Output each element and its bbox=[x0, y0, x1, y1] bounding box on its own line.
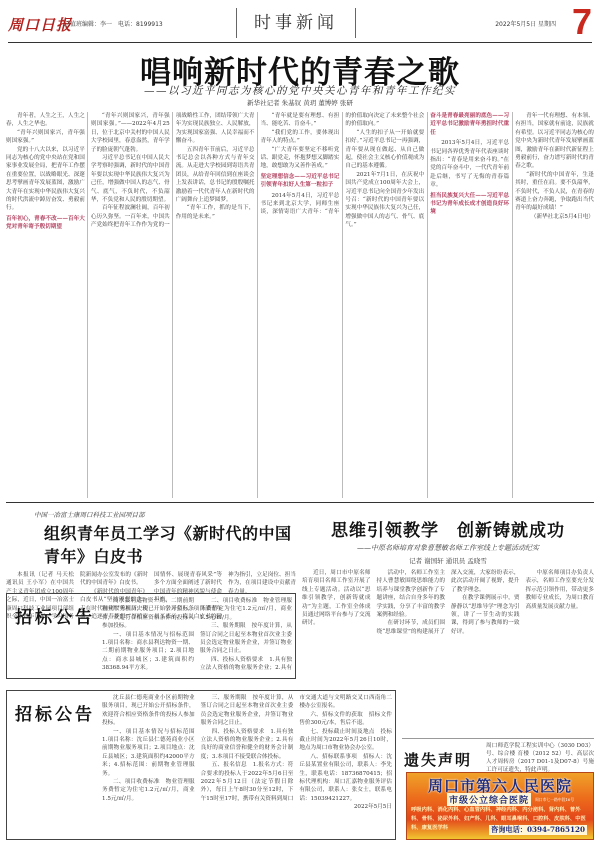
section-title: 时事新闻 bbox=[254, 13, 338, 33]
paragraph: 2021年7月1日，在庆祝中国共产党成立100周年大会上，习近平总书记向全国青少… bbox=[345, 171, 424, 230]
hospital-advertisement: 周口市第六人民医院 市级公立综合医院 周口市七一路中段16号 呼吸内科、消化内科… bbox=[406, 772, 594, 840]
paragraph: “青年就是要有理想、有担当、能吃苦、肯奋斗。” bbox=[261, 112, 340, 129]
section-subtitle: 坚定理想信念——习近平总书记引领青年扣好人生第一粒扣子 bbox=[261, 173, 340, 190]
tender-notice-body: 商水县利达物资一期、二期前期物业服务项目，现已开始公开招标条件，欢迎符合相应资格… bbox=[102, 597, 292, 675]
tender-notice-title: 招标公告 bbox=[10, 700, 100, 725]
paragraph: 三、服务期限 按年度计算，从签订合同之日起至本物业首次业主委员会选定物业服务企业… bbox=[200, 622, 292, 656]
paragraph: 一、项目基本情况与招标范围 1.项目名称：沈丘县仁德苑商业小区前期物业服务项目；… bbox=[102, 728, 195, 778]
section-subtitle: 奋斗是青春最亮丽的底色——习近平总书记激励青年勇担时代重任 bbox=[430, 112, 509, 137]
hospital-address: 周口市七一路中段16号 bbox=[535, 797, 574, 803]
paragraph: 青年者，人生之王，人生之春，人生之华也。 bbox=[6, 112, 85, 129]
paragraph: “广大青年要坚定不移听党话、跟党走，怀抱梦想又脚踏实地，敢想敢为又善作善成。” bbox=[261, 146, 340, 171]
paragraph: 商水县利达物资一期、二期前期物业服务项目，现已开始公开招标条件，欢迎符合相应资格… bbox=[102, 597, 194, 631]
paragraph: 2013年5月4日，习近平总书记同各界优秀青年代表座谈时指出：“青春是用来奋斗的… bbox=[430, 139, 509, 189]
lost-notice-text: 周口师范学院工程实训中心（3030 D03）号、综合楼 育楼（2012 52）号… bbox=[486, 742, 594, 774]
section-label-box: 时事新闻 bbox=[236, 8, 356, 38]
notice-date: 2022年5月5日 bbox=[299, 803, 392, 811]
education-article-subtitle: ——中原名师培育对象曹慧敏名师工作室线上专题活动纪实 bbox=[302, 543, 594, 553]
paragraph: “青年工作，抓的是当下，作用的是未来。” bbox=[176, 204, 255, 221]
paragraph: 二、项目收费标准 物业管理服务费暂定为住宅1.2元/㎡/月，商业1.5元/㎡/月… bbox=[102, 778, 195, 803]
main-article-body: 青年者，人生之王，人生之春，人生之华也。 “青年兴则国家兴，青年强则国家强。” … bbox=[6, 112, 594, 498]
tender-notice-1: 招标公告 商水县利达物资一期、二期前期物业服务项目，现已开始公开招标条件，欢迎符… bbox=[6, 593, 296, 679]
main-subheadline: ——以习近平同志为核心的党中央关心青年和青年工作纪实 bbox=[0, 83, 600, 98]
paragraph: 近日，周口市中原名师培育项目名师工作室开展了线上专题活动。活动以“思维引领教学，… bbox=[302, 569, 371, 628]
masthead: 周口日报 总值班编辑：李一 电话：8199913 时事新闻 2022年5月5日 … bbox=[0, 0, 600, 44]
page-number: 7 bbox=[572, 4, 592, 40]
paragraph: 在教学课例展示中，贾静静以“思维导学”理念为引领，讲了一节生动的实践课，得到了参… bbox=[451, 594, 520, 636]
paragraph: 活动中，名师工作室主持人曹慧敏围绕思维能力的培养与课堂教学创新作了专题讲座，结合… bbox=[377, 569, 446, 619]
education-article-title: 思维引领教学 创新铸就成功 bbox=[302, 516, 594, 541]
masthead-divider bbox=[8, 42, 592, 43]
paragraph: 五四青年节前后，习近平总书记总会以各种方式与青年交流。从走进大学校园到寄语共青团… bbox=[176, 146, 255, 205]
lost-notice-title: 遗失声明 bbox=[404, 749, 472, 770]
paragraph: 中原名师项目办负责人表示，名师工作室要充分发挥示范引领作用，带动更多教师专业成长… bbox=[526, 569, 595, 611]
phone-label: 咨询电话： bbox=[491, 825, 527, 834]
paragraph: 六、招标文件的获取 招标文件售价300元/本，售后不退。 bbox=[299, 711, 392, 728]
phone-number: 0394-7865120 bbox=[527, 825, 585, 834]
section-subtitle: 百年初心，青春不改——百年大党对青年寄予殷切期望 bbox=[6, 215, 85, 232]
section-divider bbox=[6, 502, 594, 503]
tender-notice-title: 招标公告 bbox=[10, 603, 100, 628]
paragraph: 习近平总书记在中国人民大学考察时强调，新时代的中国青年要以实现中华民族伟大复兴为… bbox=[91, 154, 170, 204]
source-note: （新华社北京5月4日电） bbox=[515, 213, 594, 221]
paragraph: “新时代的中国青年，生逢其时，重任在肩。要不负韶华，不负时代，不负人民，在青春的… bbox=[515, 171, 594, 213]
hospital-phone: 咨询电话：0394-7865120 bbox=[489, 825, 587, 835]
paragraph: 二、项目收费标准 物业管理服务费暂定为住宅1.2元/㎡/月，商业1.5元/㎡/月… bbox=[200, 597, 292, 622]
side-news-kicker: 中国一冶富士康周口科技工业园项目部 bbox=[34, 510, 296, 519]
paragraph: “青年兴则国家兴，青年强则国家强。” bbox=[6, 129, 85, 146]
paragraph: 一、项目基本情况与招标范围 1.项目名称：商水县利达物资一期、二期前期物业服务项… bbox=[102, 631, 194, 673]
side-news-title: 组织青年员工学习《新时代的中国青年》白皮书 bbox=[44, 521, 296, 567]
main-byline: 新华社记者 朱基钗 黄玥 董博婷 张研 bbox=[0, 98, 600, 107]
tender-notice-2: 招标公告 沈丘县仁德苑商业小区前期物业服务项目，现已开始公开招标条件，欢迎符合相… bbox=[6, 690, 396, 840]
paragraph: 七、投标截止时间及地点 投标截止时间为2022年5月26日10时，地点为周口市物… bbox=[299, 728, 392, 753]
education-article-byline: 记者 谢国轩 通讯员 孟晓雪 bbox=[302, 556, 594, 565]
paragraph: 三、服务期限 按年度计算，从签订合同之日起至本物业首次业主委员会选定物业服务企业… bbox=[201, 694, 294, 728]
editor-info: 总值班编辑：李一 电话：8199913 bbox=[64, 19, 163, 28]
paragraph: “我们党的工作，要体现出青年人的特点。” bbox=[261, 129, 340, 146]
hospital-subtitle: 市级公立综合医院 bbox=[447, 793, 531, 806]
paragraph: “青年兴则国家兴，青年强则国家强。”——2022年4月25日，位于北京中关村的中… bbox=[91, 112, 170, 154]
tender-notice-body: 沈丘县仁德苑商业小区前期物业服务项目，现已开始公开招标条件，欢迎符合相应资格条件… bbox=[102, 694, 392, 836]
paragraph: 青年一代有理想、有本领、有担当，国家就有前途，民族就有希望。以习近平同志为核心的… bbox=[515, 112, 594, 171]
paragraph: 沈丘县仁德苑商业小区前期物业服务项目，现已开始公开招标条件，欢迎符合相应资格条件… bbox=[102, 694, 195, 728]
newspaper-logo: 周口日报 bbox=[8, 14, 72, 35]
section-subtitle: 担当民族复兴大任——习近平总书记为青年成长成才创造良好环境 bbox=[430, 192, 509, 217]
paragraph: 四、投标人资格要求 1.具有独立法人资格的物业服务企业；2.具有良好的商业信誉和… bbox=[201, 728, 294, 762]
paragraph: “人生的扣子从一开始就要扣好。”习近平总书记一再强调，青年要从现在做起、从自己做… bbox=[345, 129, 424, 171]
paragraph: 八、招标联系事项 招标人：沈丘县某置业有限公司，联系人：李先生，联系电话：187… bbox=[299, 753, 392, 803]
paragraph: 党的十八大以来，以习近平同志为核心的党中央站在党和国家事业发展全局，把青年工作摆… bbox=[6, 146, 85, 213]
lost-notice: 遗失声明 周口师范学院工程实训中心（3030 D03）号、综合楼 育楼（2012… bbox=[402, 738, 594, 774]
issue-date: 2022年5月5日 星期四 bbox=[495, 19, 556, 28]
